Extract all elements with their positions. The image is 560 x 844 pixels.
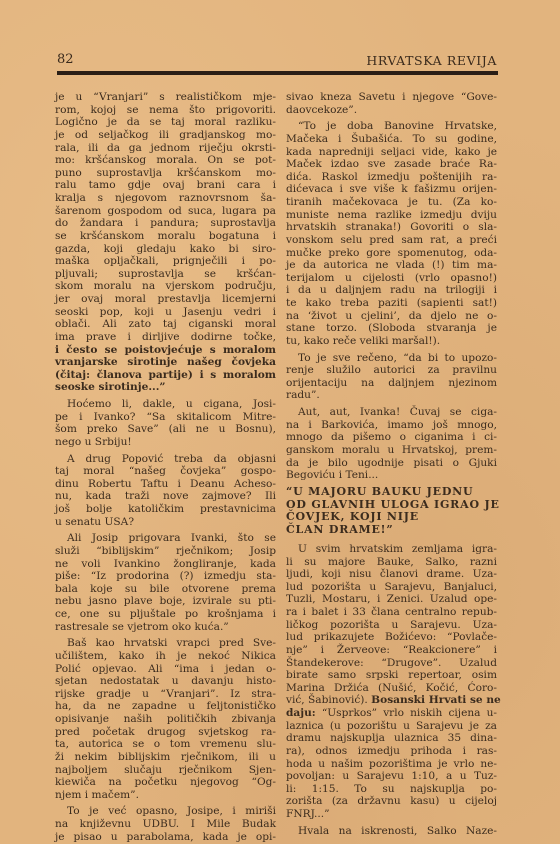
text-line: Hoćemo li, dakle, u cigana, Josi-: [55, 398, 276, 411]
text-line: sjetan nedostatak u davanju histo-: [55, 675, 276, 688]
text-line: mnogo da pišemo o ciganima i ci-: [286, 431, 497, 444]
page-header: 82 HRVATSKA REVIJA: [57, 52, 497, 68]
text-line: ličkog pozorišta u Sarajevu. Uza-: [286, 619, 497, 632]
text-line: li su majore Bauke, Salko, razni: [286, 556, 497, 569]
text-line: Mačeka i Šubašića. To su godine,: [286, 133, 497, 146]
text-line: Hvala na iskrenosti, Salko Naze-: [286, 825, 497, 838]
text-line: rom, kojoj se nema što prigovoriti.: [55, 104, 276, 117]
text-line: sivao kneza Savetu i njegove “Gove-: [286, 91, 497, 104]
text-line: kada napredniji seljaci vide, kako je: [286, 146, 497, 159]
text-line: njem i mačem”.: [55, 789, 276, 802]
heading-line: “U MAJORU BAUKU JEDNU: [286, 486, 497, 499]
text-line: je pisao u parabolama, kada je opi-: [55, 831, 276, 844]
text-line: orijentaciju na daljnjem njezinom: [286, 377, 497, 390]
text-line: bala koje su bile otvorene prema: [55, 583, 276, 596]
text-line: rastresale se vjetrom oko kuća.”: [55, 621, 276, 634]
text-line: hoda u našim pozorištima je vrlo ne-: [286, 758, 497, 771]
text-line: gazda, koji gledaju kako bi siro-: [55, 243, 276, 256]
text-line: dinu Robertu Taftu i Deanu Acheso-: [55, 478, 276, 491]
text-line: taj moral “našeg čovjeka” gospo-: [55, 465, 276, 478]
text-line: Štandekerove: “Drugove”. Uzalud: [286, 657, 497, 670]
text-line: terijalom u cijelosti (vrlo opasno!): [286, 272, 497, 285]
text-line: Marina Držića (Nušić, Kočić, Ćoro-: [286, 682, 497, 695]
page-number: 82: [57, 52, 74, 67]
text-line: birate samo srpski repertoar, osim: [286, 669, 497, 682]
text-line: Maček izdao sve zasade braće Ra-: [286, 158, 497, 171]
text-line: još bolje katoličkim prestavnicima: [55, 503, 276, 516]
text-line: nego u Srbiju!: [55, 436, 276, 449]
text-line: na književnu UDBU. I Mile Budak: [55, 818, 276, 831]
text-line: hrvatskih stranaka!) Govoriti o sla-: [286, 221, 497, 234]
text-line: pred početak drugog svjetskog ra-: [55, 726, 276, 739]
text-line: ima prave i dirljive dodirne točke,: [55, 331, 276, 344]
text-line: i često se poistovjećuje s moralom: [55, 344, 276, 357]
text-line: ži nekim biblijskim rječnikom, ili u: [55, 751, 276, 764]
text-line: li: 1:15. To su najskuplja po-: [286, 783, 497, 796]
text-line: Tuzli, Mostaru, i Zenici. Uzalud ope-: [286, 593, 497, 606]
text-line: (čitaj: članova partije) i s moralom: [55, 369, 276, 382]
text-line: tu, kako reče veliki maršal!).: [286, 335, 497, 348]
text-line: seoski pop, koji u Jasenju vedri i: [55, 306, 276, 319]
text-line: šom preko Save” (ali ne u Bosnu),: [55, 423, 276, 436]
text-line: “To je doba Banovine Hrvatske,: [286, 120, 497, 133]
text-line: je od seljačkog ili gradjanskog mo-: [55, 129, 276, 142]
text-line: FNRJ...”: [286, 808, 497, 821]
left-column: je u “Vranjari” s realističkom mje-rom, …: [55, 91, 276, 843]
text-line: ra i balet i 33 člana centralno repub-: [286, 606, 497, 619]
text-line: na i Barkovića, imamo još mnogo,: [286, 419, 497, 432]
text-line: i da u daljnjem radu na trilogiji i: [286, 284, 497, 297]
text-line: piše: “Iz prodorina (?) izmedju sta-: [55, 570, 276, 583]
text-line: ljudi, koji nisu članovi drame. Uza-: [286, 568, 497, 581]
right-column: sivao kneza Savetu i njegove “Gove-daovc…: [286, 91, 497, 837]
text-line: Aut, aut, Ivanka! Čuvaj se ciga-: [286, 406, 497, 419]
text-line: ne voli Ivankino žongliranje, kada: [55, 558, 276, 571]
text-line: opisivanje naših političkih zbivanja: [55, 713, 276, 726]
text-line: Polić opjevao. Ali “ima i jedan o-: [55, 663, 276, 676]
text-line: tiranih mačekovaca je tu. (Za ko-: [286, 196, 497, 209]
text-line: ce, one su pljuštale po krošnjama i: [55, 608, 276, 621]
text-line: u senatu USA?: [55, 516, 276, 529]
text-line: šarenom gospodom od suca, lugara pa: [55, 205, 276, 218]
text-line: vonskom selu pred sam rat, a preći: [286, 234, 497, 247]
right-column-text-before-heading: sivao kneza Savetu i njegove “Gove-daovc…: [286, 91, 497, 482]
text-line: povoljan: u Sarajevu 1:10, a u Tuz-: [286, 770, 497, 783]
text-line: ta, autorica se o tom vremenu slu-: [55, 738, 276, 751]
text-line: da je bilo ugodnije pisati o Gjuki: [286, 457, 497, 470]
text-line: rala, ili da ga jednom riječju okrsti-: [55, 142, 276, 155]
text-line: lud prikazujete Božićevo: “Povlače-: [286, 631, 497, 644]
text-line: stane torzo. (Sloboda stvaranja je: [286, 322, 497, 335]
header-rule: [57, 71, 498, 75]
text-line: vić, Šabinović). Bosanski Hrvati se ne: [286, 694, 497, 707]
text-line: dramu najskuplja ulaznica 35 dina-: [286, 732, 497, 745]
text-line: rijske gradje u “Vranjari”. Iz stra-: [55, 688, 276, 701]
text-line: oblači. Ali zato taj ciganski moral: [55, 318, 276, 331]
text-line: To je već opasno, Josipe, i miriši: [55, 805, 276, 818]
text-line: učilištem, kako ih je nekoć Nikica: [55, 650, 276, 663]
text-line: na ‘život u cjelini’, da djelo ne o-: [286, 310, 497, 323]
heading-line: ČLAN DRAME!”: [286, 524, 497, 537]
text-line: dićevaca i sve više k fašizmu orijen-: [286, 183, 497, 196]
text-line: Begoviću i Teni...: [286, 469, 497, 482]
text-line: puno suprostavlja kršćanskom mo-: [55, 167, 276, 180]
text-line: ganskom moralu u Hrvatskoj, prem-: [286, 444, 497, 457]
text-line: maška opljačkali, prignječili i po-: [55, 255, 276, 268]
section-heading: “U MAJORU BAUKU JEDNUOD GLAVNIH ULOGA IG…: [286, 486, 497, 537]
text-line: radu”.: [286, 389, 497, 402]
text-line: kralja s njegovom raznovrsnom ša-: [55, 192, 276, 205]
text-line: nje” i Žerveove: “Reakcionere” i: [286, 644, 497, 657]
text-line: mo: kršćanskog morala. On se pot-: [55, 154, 276, 167]
journal-title: HRVATSKA REVIJA: [366, 53, 497, 68]
text-line: Baš kao hrvatski vrapci pred Sve-: [55, 637, 276, 650]
text-line: jer ovaj moral prestavlja licemjerni: [55, 293, 276, 306]
text-line: dića. Raskol izmedju poštenijih ra-: [286, 171, 497, 184]
text-line: renje služilo autorici za pravilnu: [286, 364, 497, 377]
text-line: je da autorica ne vlada (!) tim ma-: [286, 259, 497, 272]
text-line: pe i Ivanko? “Sa skitalicom Mitre-: [55, 411, 276, 424]
text-line: skom moralu na vjerskom području,: [55, 280, 276, 293]
text-line: ha, da ne zapadne u feljtonističko: [55, 700, 276, 713]
text-line: kiewiča na početku njegovog “Og-: [55, 776, 276, 789]
text-line: ra), odnos izmedju prihoda i ras-: [286, 745, 497, 758]
text-line: nu, kada traži nove zajmove? Ili: [55, 490, 276, 503]
text-line: najboljem slučaju rječnikom Sjen-: [55, 764, 276, 777]
text-line: daovcekoze”.: [286, 104, 497, 117]
text-line: To je sve rečeno, “da bi to upozo-: [286, 352, 497, 365]
text-line: vranjarske sirotinje našeg čovjeka: [55, 356, 276, 369]
text-line: Logično je da se taj moral razliku-: [55, 116, 276, 129]
right-column-text-after-heading: U svim hrvatskim zemljama igra-li su maj…: [286, 543, 497, 837]
text-line: nebu jasno plave boje, izvirale su pti-: [55, 595, 276, 608]
text-line: seoske sirotinje...”: [55, 381, 276, 394]
text-line: je u “Vranjari” s realističkom mje-: [55, 91, 276, 104]
text-line: daju: “Usprkos” vrlo niskih cijena u-: [286, 707, 497, 720]
text-line: lud pozorišta u Sarajevu, Banjaluci,: [286, 581, 497, 594]
text-line: U svim hrvatskim zemljama igra-: [286, 543, 497, 556]
text-line: služi “biblijskim” rječnikom; Josip: [55, 545, 276, 558]
text-line: Ali Josip prigovara Ivanki, što se: [55, 532, 276, 545]
text-line: do žandara i pandura; suprostavlja: [55, 217, 276, 230]
text-line: muniste nema razlike izmedju dviju: [286, 209, 497, 222]
text-line: se kršćanskom moralu bogatuna i: [55, 230, 276, 243]
text-line: laznica (u pozorištu u Sarajevu je za: [286, 720, 497, 733]
text-line: ralu tamo gdje ovaj brani cara i: [55, 179, 276, 192]
text-line: mučke preko gore spomenutog, oda-: [286, 247, 497, 260]
text-line: pljuvali; suprostavlja se kršćan-: [55, 268, 276, 281]
text-line: zorišta (za državnu kasu) u cijeloj: [286, 795, 497, 808]
text-line: te kako treba paziti (sapienti sat!): [286, 297, 497, 310]
text-line: A drug Popović treba da objasni: [55, 453, 276, 466]
